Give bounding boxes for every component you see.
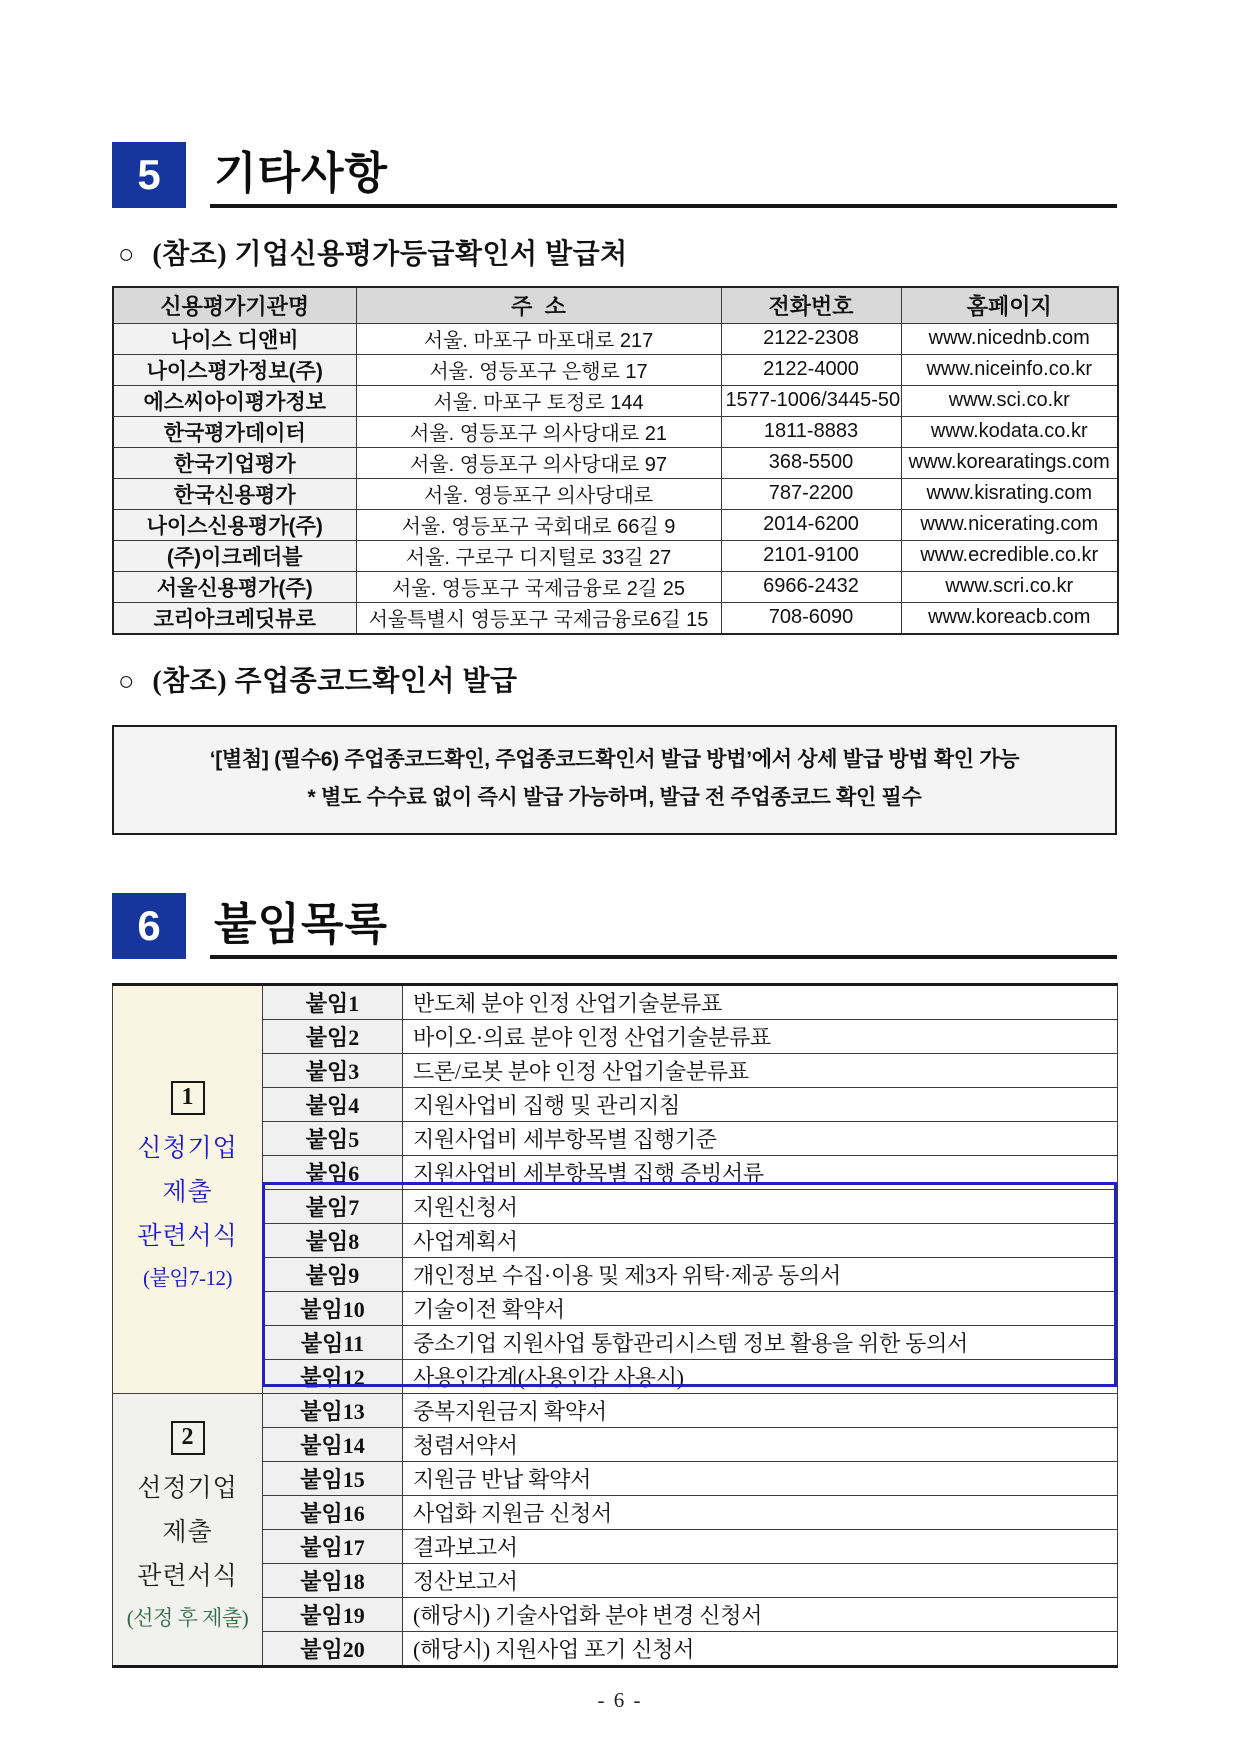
agency-name-cell: 나이스 디앤비 [113,323,356,354]
homepage-cell: www.nicerating.com [901,509,1118,540]
attachment-table-wrap: 1신청기업제출관련서식(붙임7-12)붙임1반도체 분야 인정 산업기술분류표붙… [112,983,1117,1668]
homepage-cell: www.kisrating.com [901,478,1118,509]
phone-cell: 2122-4000 [721,354,901,385]
attachment-title-cell: 청렴서약서 [403,1427,1118,1461]
attachment-row: 1신청기업제출관련서식(붙임7-12)붙임1반도체 분야 인정 산업기술분류표 [113,984,1118,1019]
document-page: 5 기타사항 ○ (참조) 기업신용평가등급확인서 발급처 신용평가기관명 주 … [0,0,1240,1753]
homepage-cell: www.sci.co.kr [901,385,1118,416]
agency-row: 한국평가데이터서울. 영등포구 의사당대로 211811-8883www.kod… [113,416,1118,447]
attachment-number-cell: 붙임15 [263,1461,403,1495]
attachment-number-cell: 붙임6 [263,1155,403,1189]
address-cell: 서울. 영등포구 의사당대로 21 [356,416,721,447]
address-cell: 서울. 구로구 디지털로 33길 27 [356,540,721,571]
attachment-title-cell: 지원사업비 세부항목별 집행기준 [403,1121,1118,1155]
agency-name-cell: 서울신용평가(주) [113,571,356,602]
attachment-title-cell: 지원사업비 세부항목별 집행 증빙서류 [403,1155,1118,1189]
attachment-row: 2선정기업제출관련서식(선정 후 제출)붙임13중복지원금지 확약서 [113,1393,1118,1427]
attachment-row: 붙임10기술이전 확약서 [113,1291,1118,1325]
attachment-number-cell: 붙임17 [263,1529,403,1563]
agency-name-cell: 나이스신용평가(주) [113,509,356,540]
agency-row: 코리아크레딧뷰로서울특별시 영등포구 국제금융로6길 15708-6090www… [113,602,1118,634]
attachment-row: 붙임12사용인감계(사용인감 사용시) [113,1359,1118,1393]
attachment-number-cell: 붙임8 [263,1223,403,1257]
note-line-2: * 별도 수수료 없이 즉시 발급 가능하며, 발급 전 주업종코드 확인 필수 [114,779,1115,817]
phone-cell: 1577-1006/3445-5000 [721,385,901,416]
agency-name-cell: 에스씨아이평가정보 [113,385,356,416]
attachment-title-cell: 사업화 지원금 신청서 [403,1495,1118,1529]
circle-bullet-icon: ○ [118,666,135,696]
address-cell: 서울특별시 영등포구 국제금융로6길 15 [356,602,721,634]
agency-name-cell: 한국평가데이터 [113,416,356,447]
attachment-title-cell: 결과보고서 [403,1529,1118,1563]
group-label-line: 제출 [115,1511,260,1555]
attachment-title-cell: 드론/로봇 분야 인정 산업기술분류표 [403,1053,1118,1087]
attachment-number-cell: 붙임19 [263,1597,403,1631]
attachment-title-cell: 지원신청서 [403,1189,1118,1223]
phone-cell: 1811-8883 [721,416,901,447]
group-label-sub: (선정 후 제출) [115,1599,260,1637]
attachment-number-cell: 붙임14 [263,1427,403,1461]
agency-name-cell: 코리아크레딧뷰로 [113,602,356,634]
attachment-number-cell: 붙임16 [263,1495,403,1529]
group-label-line: 신청기업 [115,1127,260,1171]
agency-row: (주)이크레더블서울. 구로구 디지털로 33길 272101-9100www.… [113,540,1118,571]
subheading-credit-rating: ○ (참조) 기업신용평가등급확인서 발급처 [118,232,1117,272]
attachment-number-cell: 붙임2 [263,1019,403,1053]
attachment-number-cell: 붙임11 [263,1325,403,1359]
attachment-row: 붙임18정산보고서 [113,1563,1118,1597]
attachment-title-cell: 바이오·의료 분야 인정 산업기술분류표 [403,1019,1118,1053]
attachment-title-cell: (해당시) 지원사업 포기 신청서 [403,1631,1118,1666]
homepage-cell: www.koreacb.com [901,602,1118,634]
header-address: 주 소 [356,287,721,323]
attachment-title-cell: 정산보고서 [403,1563,1118,1597]
address-cell: 서울. 마포구 토정로 144 [356,385,721,416]
section-6-title-underline: 붙임목록 [210,903,1117,959]
phone-cell: 787-2200 [721,478,901,509]
section-5-title-underline: 기타사항 [210,152,1117,208]
header-phone: 전화번호 [721,287,901,323]
attachment-number-cell: 붙임18 [263,1563,403,1597]
homepage-cell: www.nicednb.com [901,323,1118,354]
section-5-number-badge: 5 [112,142,186,208]
page-number: - 6 - [0,1688,1240,1713]
address-cell: 서울. 영등포구 국제금융로 2길 25 [356,571,721,602]
attachment-row: 붙임7지원신청서 [113,1189,1118,1223]
attachment-number-cell: 붙임5 [263,1121,403,1155]
section-6-header: 6 붙임목록 [112,889,1117,959]
credit-agency-table: 신용평가기관명 주 소 전화번호 홈페이지 나이스 디앤비서울. 마포구 마포대… [112,286,1119,635]
note-box: ‘[별첨] (필수6) 주업종코드확인, 주업종코드확인서 발급 방법’에서 상… [112,725,1117,835]
agency-row: 한국기업평가서울. 영등포구 의사당대로 97368-5500www.korea… [113,447,1118,478]
attachment-row: 붙임3드론/로봇 분야 인정 산업기술분류표 [113,1053,1118,1087]
attachment-row: 붙임20(해당시) 지원사업 포기 신청서 [113,1631,1118,1666]
attachment-number-cell: 붙임4 [263,1087,403,1121]
note-line-1: ‘[별첨] (필수6) 주업종코드확인, 주업종코드확인서 발급 방법’에서 상… [114,741,1115,779]
attachment-number-cell: 붙임10 [263,1291,403,1325]
attachment-title-cell: 반도체 분야 인정 산업기술분류표 [403,984,1118,1019]
group-label-cell: 1신청기업제출관련서식(붙임7-12) [113,984,263,1393]
agency-row: 서울신용평가(주)서울. 영등포구 국제금융로 2길 256966-2432ww… [113,571,1118,602]
attachment-row: 붙임19(해당시) 기술사업화 분야 변경 신청서 [113,1597,1118,1631]
attachment-number-cell: 붙임1 [263,984,403,1019]
phone-cell: 2122-2308 [721,323,901,354]
homepage-cell: www.ecredible.co.kr [901,540,1118,571]
group-label-line: 제출 [115,1171,260,1215]
group-number-badge: 2 [171,1421,205,1454]
attachment-row: 붙임11중소기업 지원사업 통합관리시스템 정보 활용을 위한 동의서 [113,1325,1118,1359]
homepage-cell: www.scri.co.kr [901,571,1118,602]
phone-cell: 708-6090 [721,602,901,634]
group-label-sub: (붙임7-12) [115,1259,260,1297]
subheading-text: (참조) 주업종코드확인서 발급 [152,666,517,697]
phone-cell: 6966-2432 [721,571,901,602]
phone-cell: 2101-9100 [721,540,901,571]
agency-table-header-row: 신용평가기관명 주 소 전화번호 홈페이지 [113,287,1118,323]
attachment-number-cell: 붙임13 [263,1393,403,1427]
attachment-table: 1신청기업제출관련서식(붙임7-12)붙임1반도체 분야 인정 산업기술분류표붙… [112,983,1118,1668]
agency-name-cell: (주)이크레더블 [113,540,356,571]
attachment-title-cell: 기술이전 확약서 [403,1291,1118,1325]
attachment-title-cell: 사용인감계(사용인감 사용시) [403,1359,1118,1393]
group-number-badge: 1 [171,1081,205,1114]
group-label-line: 관련서식 [115,1555,260,1599]
subheading-text: (참조) 기업신용평가등급확인서 발급처 [152,239,627,270]
group-label-cell: 2선정기업제출관련서식(선정 후 제출) [113,1393,263,1666]
attachment-number-cell: 붙임7 [263,1189,403,1223]
group-label-line: 관련서식 [115,1215,260,1259]
attachment-number-cell: 붙임3 [263,1053,403,1087]
address-cell: 서울. 영등포구 은행로 17 [356,354,721,385]
phone-cell: 2014-6200 [721,509,901,540]
agency-row: 한국신용평가서울. 영등포구 의사당대로787-2200www.kisratin… [113,478,1118,509]
attachment-number-cell: 붙임9 [263,1257,403,1291]
attachment-row: 붙임14청렴서약서 [113,1427,1118,1461]
agency-name-cell: 한국기업평가 [113,447,356,478]
agency-row: 나이스 디앤비서울. 마포구 마포대로 2172122-2308www.nice… [113,323,1118,354]
phone-cell: 368-5500 [721,447,901,478]
address-cell: 서울. 영등포구 의사당대로 [356,478,721,509]
attachment-title-cell: 지원사업비 집행 및 관리지침 [403,1087,1118,1121]
attachment-title-cell: 개인정보 수집·이용 및 제3자 위탁·제공 동의서 [403,1257,1118,1291]
attachment-row: 붙임16사업화 지원금 신청서 [113,1495,1118,1529]
address-cell: 서울. 영등포구 의사당대로 97 [356,447,721,478]
homepage-cell: www.kodata.co.kr [901,416,1118,447]
attachment-title-cell: 사업계획서 [403,1223,1118,1257]
attachment-row: 붙임4지원사업비 집행 및 관리지침 [113,1087,1118,1121]
attachment-row: 붙임9개인정보 수집·이용 및 제3자 위탁·제공 동의서 [113,1257,1118,1291]
group-label-line: 선정기업 [115,1467,260,1511]
attachment-number-cell: 붙임12 [263,1359,403,1393]
homepage-cell: www.korearatings.com [901,447,1118,478]
attachment-title-cell: (해당시) 기술사업화 분야 변경 신청서 [403,1597,1118,1631]
attachment-number-cell: 붙임20 [263,1631,403,1666]
homepage-cell: www.niceinfo.co.kr [901,354,1118,385]
section-5-title: 기타사항 [214,152,1117,196]
circle-bullet-icon: ○ [118,239,135,269]
attachment-row: 붙임6지원사업비 세부항목별 집행 증빙서류 [113,1155,1118,1189]
attachment-row: 붙임17결과보고서 [113,1529,1118,1563]
header-homepage: 홈페이지 [901,287,1118,323]
agency-row: 나이스신용평가(주)서울. 영등포구 국회대로 66길 92014-6200ww… [113,509,1118,540]
agency-name-cell: 한국신용평가 [113,478,356,509]
section-6-number-badge: 6 [112,893,186,959]
subheading-biz-code: ○ (참조) 주업종코드확인서 발급 [118,659,1117,699]
agency-row: 에스씨아이평가정보서울. 마포구 토정로 1441577-1006/3445-5… [113,385,1118,416]
agency-row: 나이스평가정보(주)서울. 영등포구 은행로 172122-4000www.ni… [113,354,1118,385]
address-cell: 서울. 마포구 마포대로 217 [356,323,721,354]
attachment-title-cell: 지원금 반납 확약서 [403,1461,1118,1495]
section-5-header: 5 기타사항 [112,138,1117,208]
header-agency-name: 신용평가기관명 [113,287,356,323]
attachment-title-cell: 중소기업 지원사업 통합관리시스템 정보 활용을 위한 동의서 [403,1325,1118,1359]
section-6-title: 붙임목록 [214,903,1117,947]
attachment-row: 붙임8사업계획서 [113,1223,1118,1257]
attachment-row: 붙임15지원금 반납 확약서 [113,1461,1118,1495]
attachment-row: 붙임2바이오·의료 분야 인정 산업기술분류표 [113,1019,1118,1053]
attachment-title-cell: 중복지원금지 확약서 [403,1393,1118,1427]
attachment-row: 붙임5지원사업비 세부항목별 집행기준 [113,1121,1118,1155]
agency-name-cell: 나이스평가정보(주) [113,354,356,385]
address-cell: 서울. 영등포구 국회대로 66길 9 [356,509,721,540]
